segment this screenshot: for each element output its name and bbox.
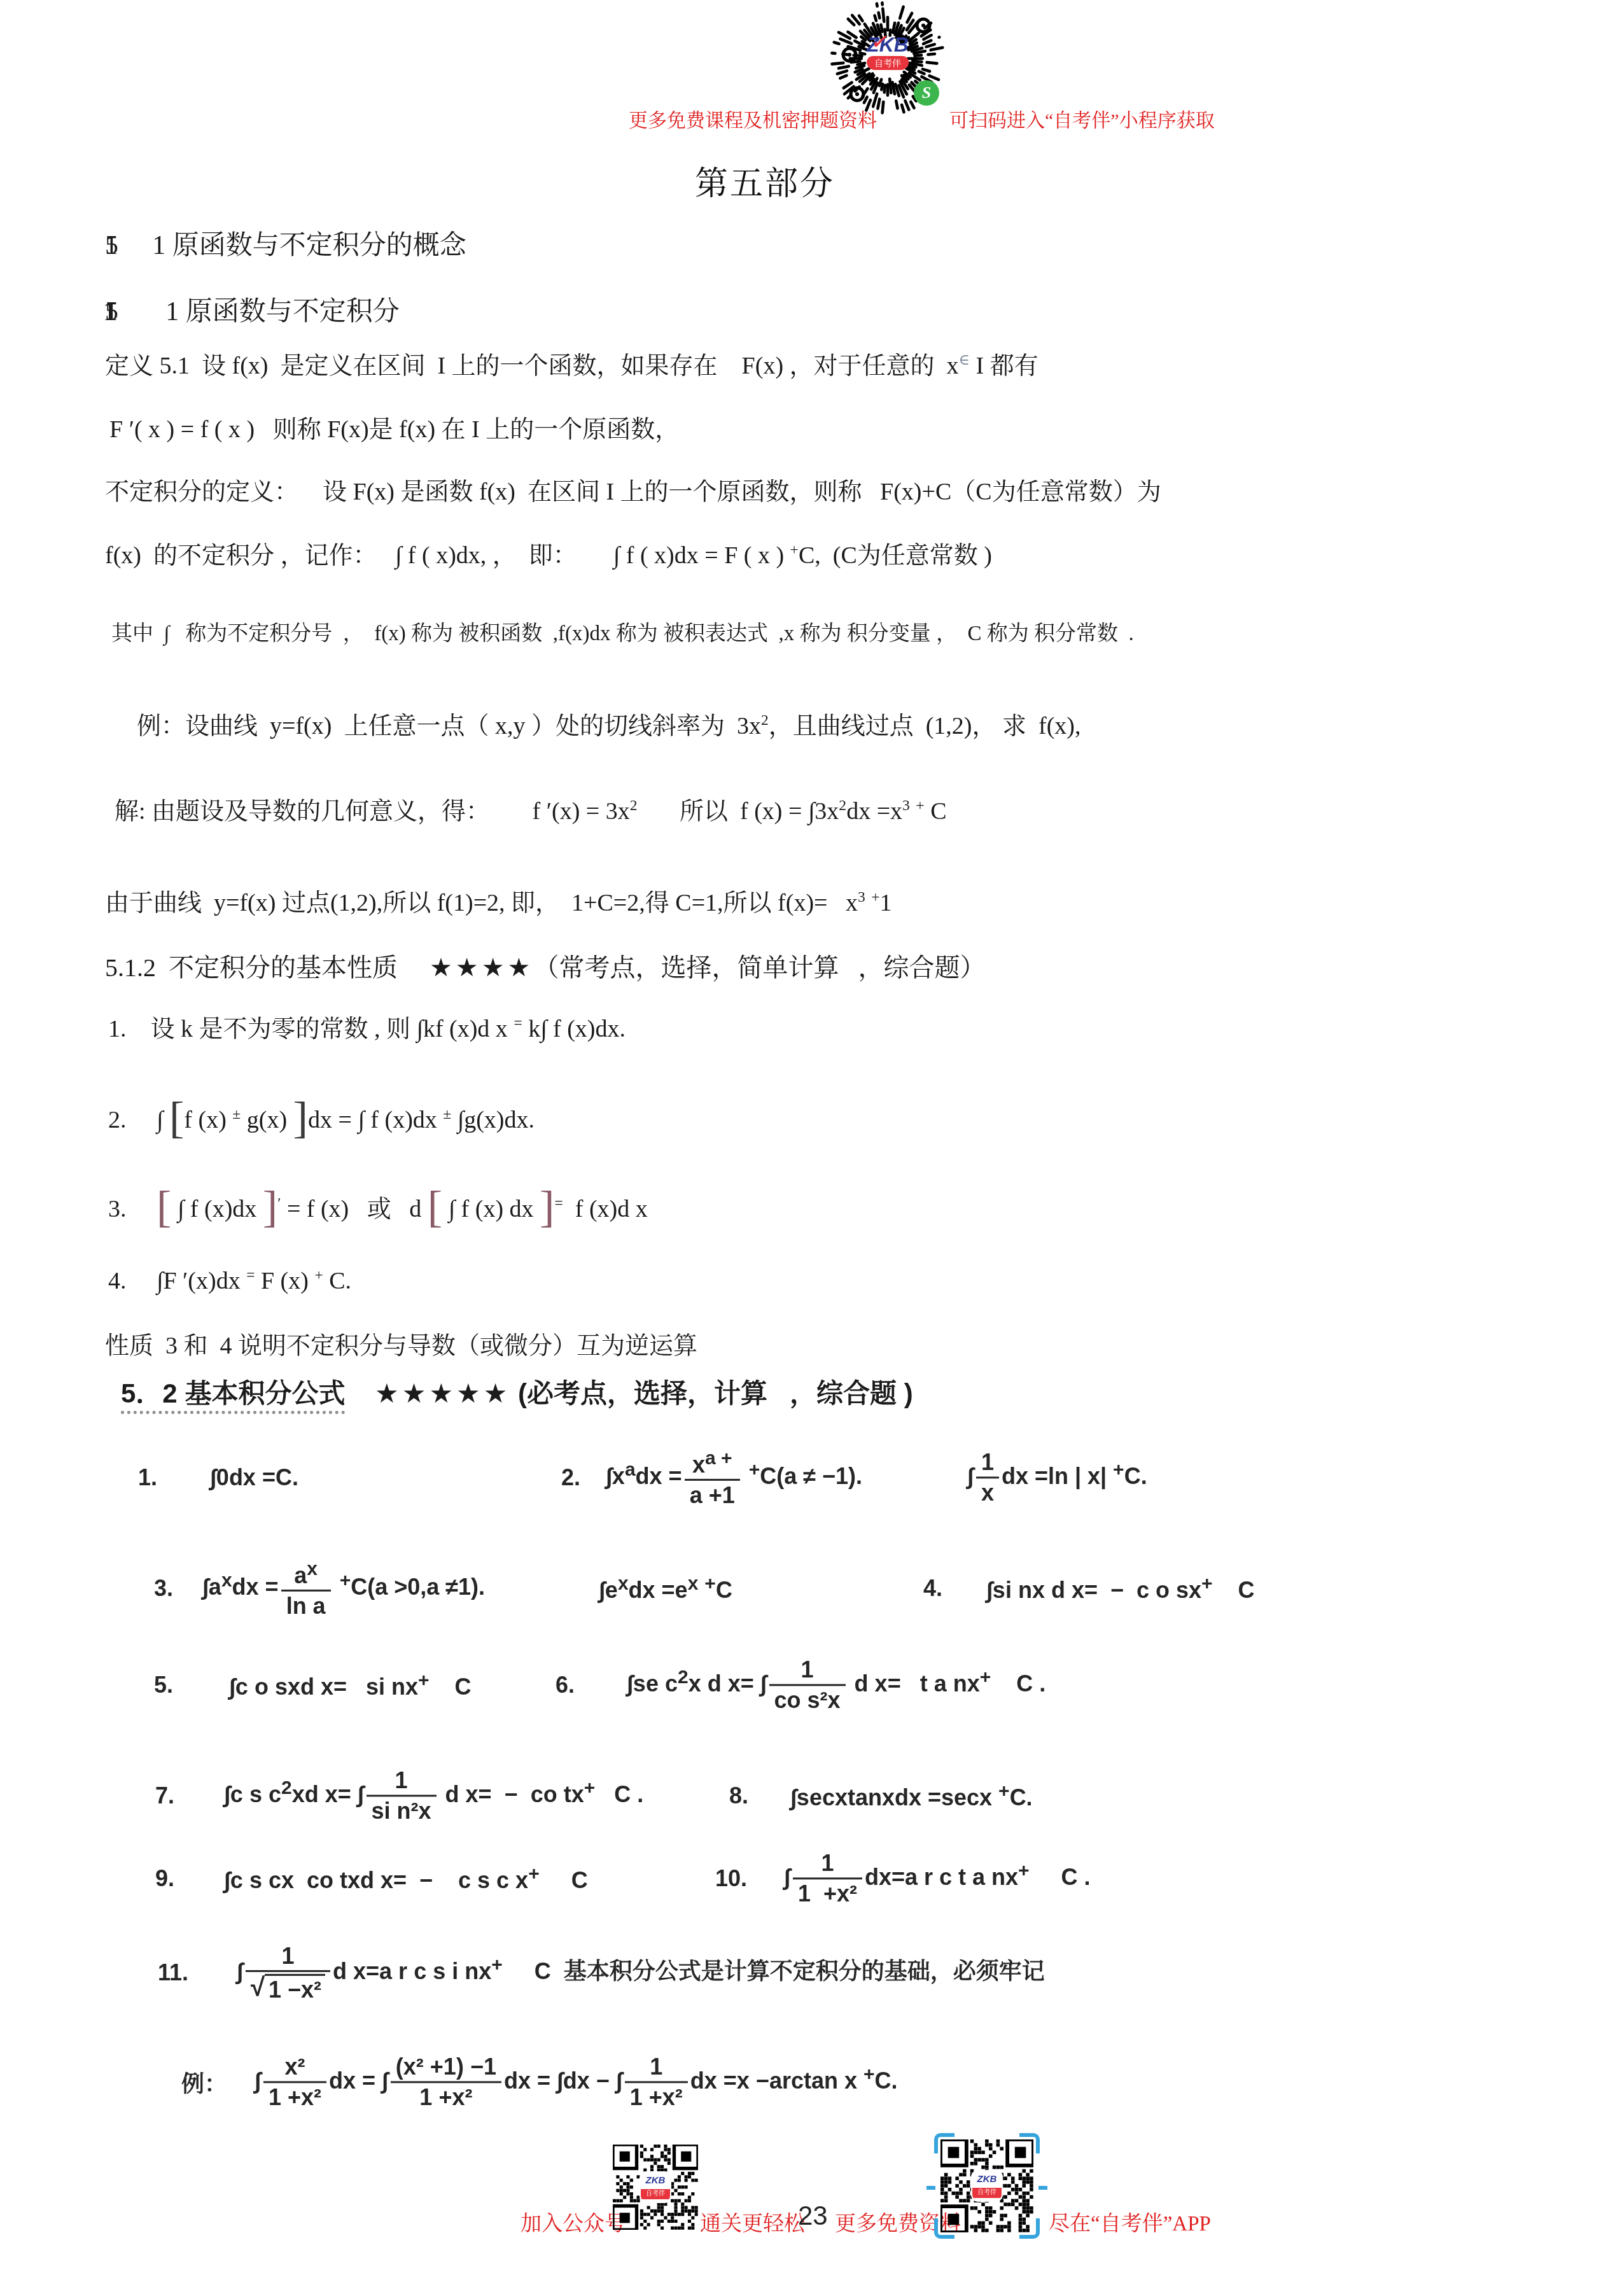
header-right-note: 可扫码进入“自考伴”小程序获取 — [949, 104, 1215, 132]
property-4: 4. ∫F ′(x)dx = F (x) + C. — [108, 1266, 351, 1297]
heading-5-1: 51 1 原函数与不定积分的概念 — [105, 229, 466, 263]
footer-pass-label: 通关更轻松 — [700, 2207, 805, 2237]
formula-item: 3. — [154, 1575, 173, 1602]
wechat-miniprogram-icon: S — [914, 80, 939, 106]
indefinite-definition: 不定积分的定义： 设 F(x) 是函数 f(x) 在区间 I 上的一个原函数，则… — [105, 477, 1161, 508]
scan-frame-dash — [926, 2186, 935, 2190]
property-1: 1. 设 k 是不为零的常数 , 则 ∫kf (x)d x = k∫ f (x)… — [108, 1014, 626, 1045]
scan-frame-corner — [1019, 2218, 1040, 2239]
zkb-logo: ZKB✓ 自考伴 — [867, 34, 909, 70]
page-number: 23 — [798, 2201, 828, 2231]
formula-item: ∫c s cx co txd x= − c s c x+ C — [224, 1863, 588, 1894]
qr-logo-text: ZKB — [641, 2173, 670, 2189]
formula-item: ∫xadx =xa +a +1 +C(a ≠ −1). — [606, 1448, 862, 1508]
page-title: 第五部分 — [695, 157, 835, 204]
qr-center-logo: ZKB 自考伴 — [641, 2173, 670, 2202]
notation-line: f(x) 的不定积分 ，记作： ∫ f ( x)dx, ， 即： ∫ f ( x… — [105, 541, 992, 571]
example-line: 例：设曲线 y=f(x) 上任意一点（ x,y ）处的切线斜率为 3x2，且曲线… — [137, 711, 1080, 742]
formula-item: ∫axdx =axln a +C(a >0,a ≠1). — [202, 1558, 485, 1618]
formula-item: 6. — [556, 1672, 575, 1698]
qr-code-starburst: ZKB✓ 自考伴 S — [827, 1, 948, 122]
heading-5-1-2: 5.1.2 不定积分的基本性质 ★★★★（常考点，选择，简单计算 ，综合题） — [105, 952, 985, 984]
footer-join-label: 加入公众号 — [521, 2207, 626, 2237]
formula-item: ∫0dx =C. — [210, 1464, 298, 1491]
property-note: 性质 3 和 4 说明不定积分与导数（或微分）互为逆运算 — [105, 1331, 697, 1362]
heading-5-1-1: 511 1 原函数与不定积分 — [105, 295, 400, 329]
scan-frame-dash — [1038, 2186, 1047, 2190]
solution-line: 解: 由题设及导数的几何意义，得： f ′(x) = 3x2 所以 f (x) … — [115, 797, 947, 827]
formula-item: ∫x²1 +x²dx = ∫(x² +1) −11 +x²dx = ∫dx − … — [255, 2054, 898, 2110]
qr-badge-text: 自考伴 — [641, 2189, 670, 2199]
formula-item: 8. — [729, 1782, 748, 1809]
qr-badge-text: 自考伴 — [972, 2188, 1002, 2198]
scan-frame-corner — [934, 2218, 954, 2239]
formula-item: 10. — [715, 1865, 747, 1892]
formula-item: ∫secxtanxdx =secx +C. — [790, 1781, 1033, 1811]
formula-item: 5. — [154, 1672, 173, 1698]
property-2: 2. ∫ [f (x) ± g(x) ]dx = ∫ f (x)dx ± ∫g(… — [108, 1098, 535, 1138]
heading-5-2: 5．2 基本积分公式 ★★★★★ (必考点，选择，计算 ，综合题 ) — [121, 1377, 913, 1411]
definition-5-1: 定义 5.1 设 f(x) 是定义在区间 I 上的一个函数，如果存在 F(x) … — [105, 351, 1038, 382]
scan-frame-corner — [934, 2133, 954, 2153]
primitive-equation: F ′( x ) = f ( x ) 则称 F(x)是 f(x) 在 I 上的一… — [109, 415, 679, 445]
formula-item: ∫1√1 −x²d x=a r c s i nx+ C 基本积分公式是计算不定积… — [237, 1943, 1045, 2002]
qr-center-logo: ZKB 自考伴 — [972, 2171, 1002, 2201]
formula-item: 4. — [923, 1575, 942, 1602]
document-page: 更多免费课程及机密押题资料 ZKB✓ 自考伴 S 可扫码进入“自考伴”小程序获取… — [0, 0, 1622, 2296]
formula-item: ∫si nx d x= − c o sx+ C — [986, 1573, 1255, 1604]
formula-item: 1. — [138, 1464, 157, 1491]
footer-app-label: 尽在“自考伴”APP — [1049, 2207, 1211, 2237]
formula-item: ∫exdx =ex +C — [599, 1573, 732, 1604]
formula-item: 11. — [158, 1959, 188, 1986]
scan-frame-corner — [1019, 2133, 1040, 2153]
property-3: 3. [ ∫ f (x)dx ]′ = f (x) 或 d [ ∫ f (x) … — [108, 1187, 648, 1228]
qr-logo-text: ZKB — [972, 2171, 1002, 2188]
check-icon: ✓ — [870, 33, 886, 52]
zkb-logo-text: ZKB✓ — [867, 34, 909, 55]
formula-item: ∫c s c2xd x= ∫1si n²x d x= − co tx+ C . — [224, 1768, 650, 1823]
terms-line: 其中 ∫ 称为不定积分号 ， f(x) 称为 被积函数 ,f(x)dx 称为 被… — [111, 621, 1134, 647]
formula-item: 例： — [181, 2066, 227, 2099]
conclusion-line: 由于曲线 y=f(x) 过点(1,2),所以 f(1)=2, 即， 1+C=2,… — [105, 888, 892, 919]
formula-item: 2. — [561, 1464, 580, 1491]
footer-qr-code-right: ZKB 自考伴 — [940, 2139, 1033, 2232]
footer-qr-code-left: ZKB 自考伴 — [613, 2145, 698, 2230]
formula-item: ∫1xdx =ln | x| +C. — [967, 1450, 1147, 1505]
formula-item: ∫c o sxd x= si nx+ C — [229, 1670, 472, 1700]
formula-item: ∫11 +x²dx=a r c t a nx+ C . — [784, 1851, 1091, 1906]
formula-item: ∫se c2x d x= ∫1co s²x d x= t a nx+ C . — [627, 1657, 1045, 1712]
formula-item: 9. — [155, 1865, 174, 1892]
formula-item: 7. — [155, 1782, 174, 1809]
zkb-badge: 自考伴 — [867, 56, 909, 70]
